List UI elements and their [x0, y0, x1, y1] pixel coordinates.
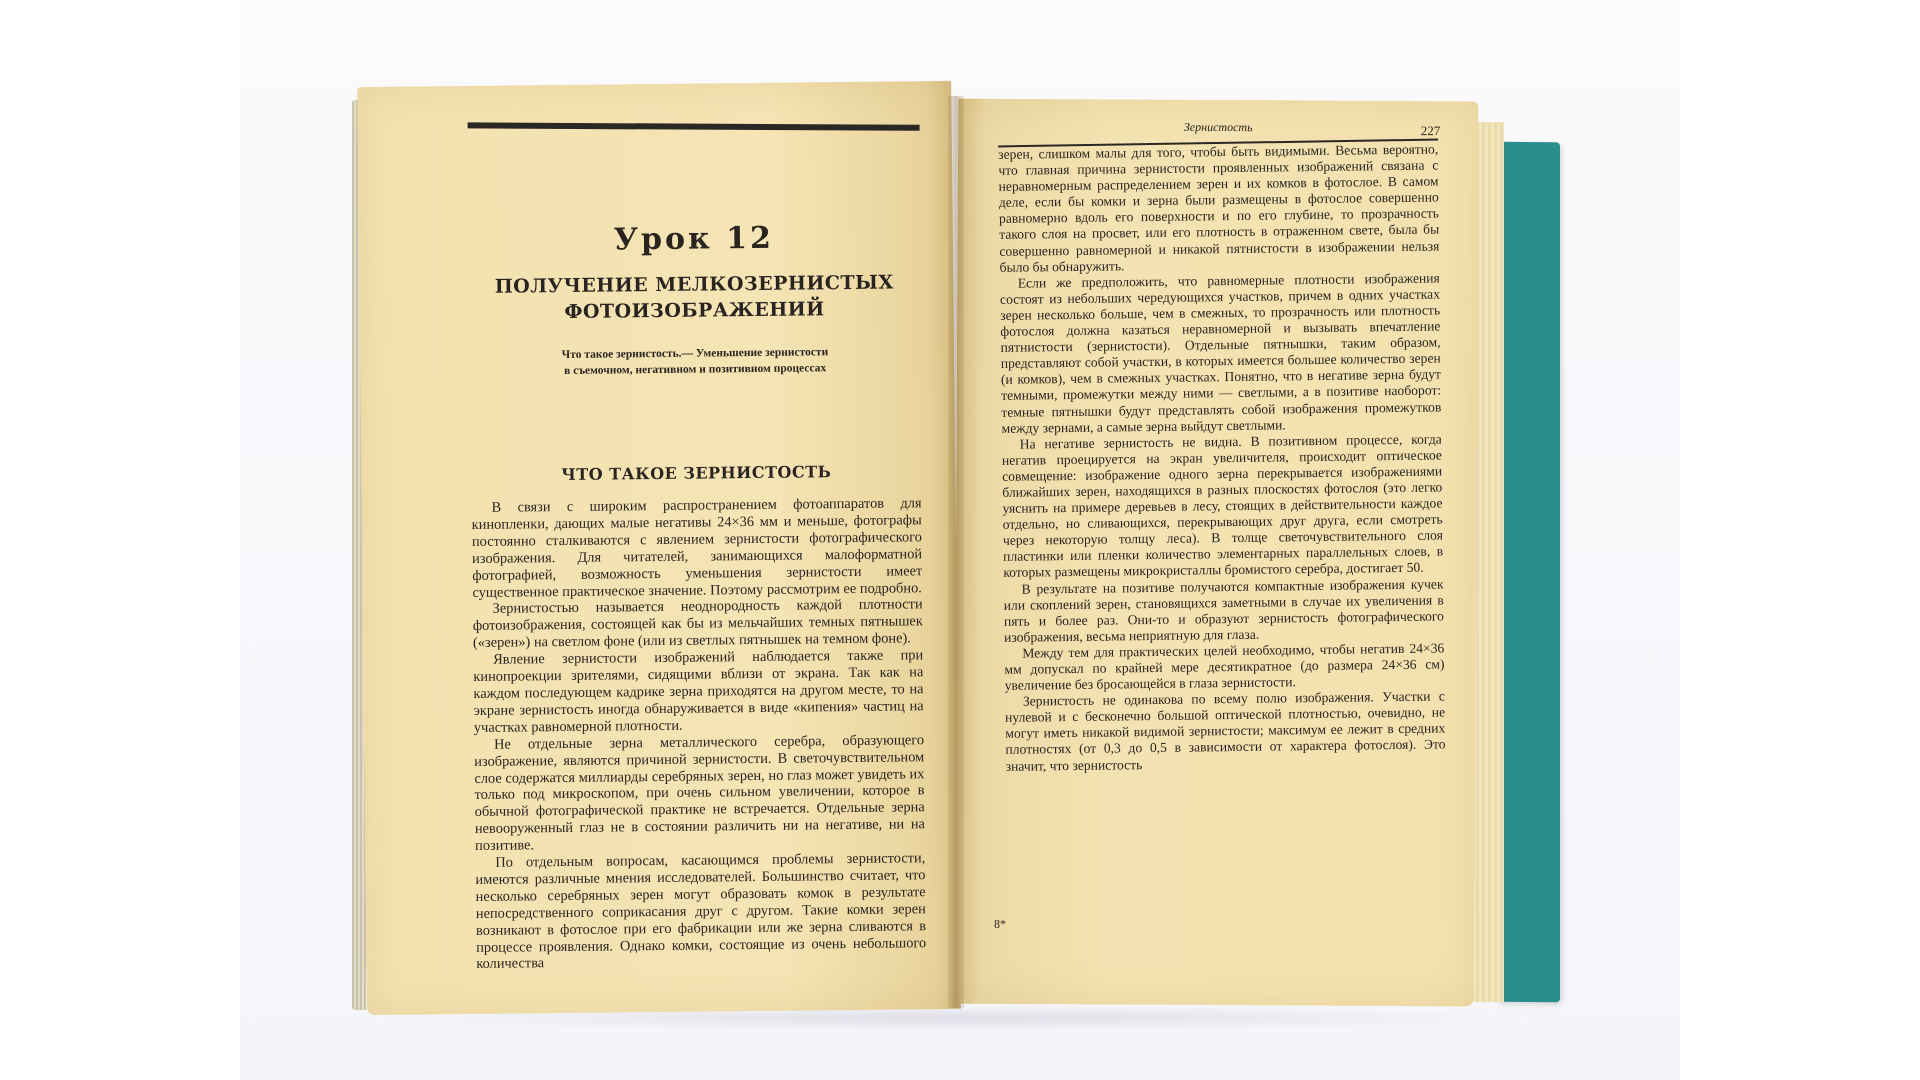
page-number: 227 [1421, 123, 1441, 139]
chapter-subtitle-line-2: в съемочном, негативном и позитивном про… [470, 359, 920, 380]
paragraph: В результате на позитиве получаются комп… [1003, 576, 1444, 646]
teal-cover [1498, 142, 1560, 1003]
chapter-top-rule [468, 122, 920, 130]
left-body-text: В связи с широким распространением фотоа… [471, 495, 926, 973]
lesson-number: Урок 12 [469, 219, 919, 259]
left-page: Урок 12 ПОЛУЧЕНИЕ МЕЛКОЗЕРНИСТЫХ ФОТОИЗО… [357, 81, 961, 1015]
chapter-title: ПОЛУЧЕНИЕ МЕЛКОЗЕРНИСТЫХ ФОТОИЗОБРАЖЕНИЙ [469, 269, 920, 326]
right-page-content: Зернистость 227 зерен, слишком малы для … [998, 117, 1438, 119]
paragraph: По отдельным вопросам, касающимся пробле… [475, 850, 926, 973]
right-page: Зернистость 227 зерен, слишком малы для … [954, 99, 1479, 1007]
open-book: Урок 12 ПОЛУЧЕНИЕ МЕЛКОЗЕРНИСТЫХ ФОТОИЗО… [0, 0, 1920, 1080]
book-gutter [948, 96, 964, 1008]
right-body-text: зерен, слишком малы для того, чтобы быть… [998, 141, 1446, 774]
paragraph: В связи с широким распространением фотоа… [471, 495, 922, 601]
paragraph: Не отдельные зерна металлического серебр… [474, 732, 925, 855]
paragraph: Если же предположить, что равномерные пл… [1000, 270, 1442, 436]
section-title: ЧТО ТАКОЕ ЗЕРНИСТОСТЬ [471, 461, 921, 485]
paragraph: зерен, слишком малы для того, чтобы быть… [998, 141, 1440, 275]
running-head: Зернистость 227 [998, 117, 1438, 141]
chapter-subtitle: Что такое зернистость.— Уменьшение зерни… [470, 343, 920, 380]
chapter-title-line-1: ПОЛУЧЕНИЕ МЕЛКОЗЕРНИСТЫХ [469, 269, 919, 300]
paragraph: На негативе зернистость не видна. В пози… [1002, 431, 1444, 581]
paragraph: Зернистость не одинакова по всему полю и… [1005, 689, 1446, 775]
paragraph: Явление зернистости изображений наблюдае… [473, 647, 924, 736]
paragraph: Зернистостью называется неоднородность к… [473, 597, 924, 652]
chapter-title-line-2: ФОТОИЗОБРАЖЕНИЙ [469, 295, 919, 326]
running-head-title: Зернистость [998, 119, 1438, 136]
paragraph: Между тем для практических целей необход… [1004, 640, 1445, 694]
signature-mark: 8* [994, 917, 1006, 932]
